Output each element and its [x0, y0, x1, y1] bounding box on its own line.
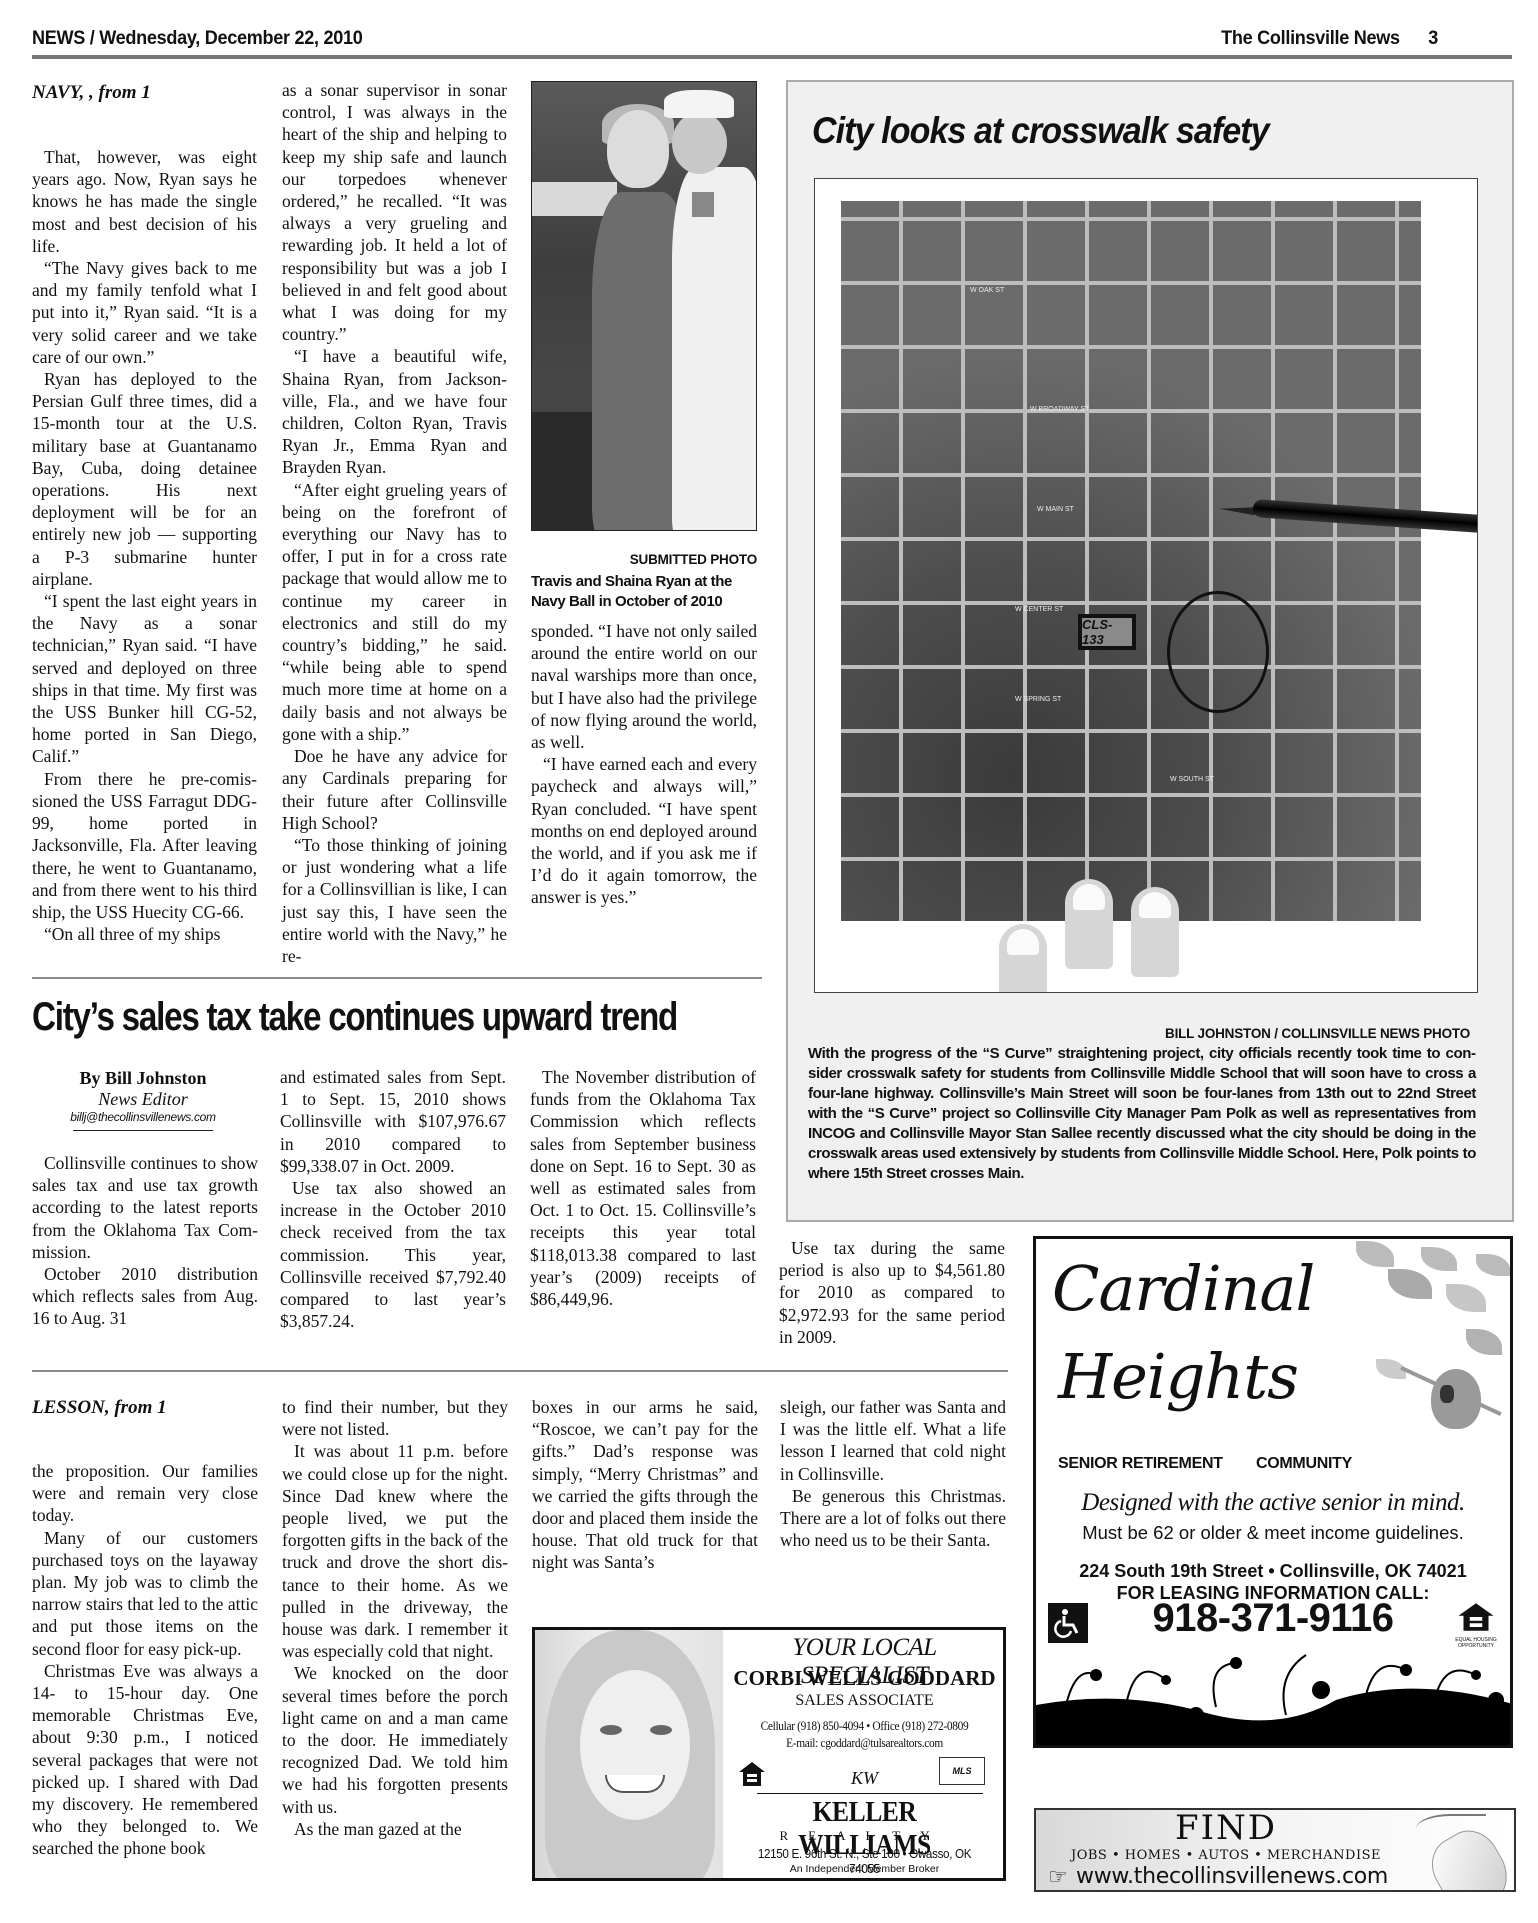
byline-email[interactable]: billj@thecollinsvillenews.com [58, 1110, 228, 1124]
cls-marker: CLS-133 [1078, 614, 1136, 650]
sales-tax-headline: City’s sales tax take continues upward t… [32, 995, 677, 1040]
crosswalk-headline: City looks at crosswalk safety [812, 110, 1269, 152]
cardinal-heights-ad[interactable]: Cardinal Heights SENIOR RETIREMENT COMMU… [1033, 1236, 1513, 1603]
lesson-column-1: the proposition. Our fami­lies were and … [32, 1460, 258, 1860]
cardinal-address: 224 South 19th Street • Collinsville, OK… [1036, 1561, 1510, 1582]
finger-icon [999, 924, 1047, 993]
paragraph: That, however, was eight years ago. Now,… [32, 146, 257, 257]
lesson-column-3: boxes in our arms he said, “Roscoe, we c… [532, 1396, 758, 1574]
paragraph: “To those thinking of join­ing or just w… [282, 834, 507, 967]
paragraph: As the man gazed at the [282, 1818, 508, 1840]
map-street-label: W CENTER ST [1015, 606, 1063, 613]
school-circle-marker [1167, 591, 1269, 713]
map-street-label: W BROADWAY ST [1030, 406, 1089, 413]
header-rule [32, 55, 1512, 59]
byline-title: News Editor [58, 1089, 228, 1110]
cardinal-title-line1: Cardinal [1052, 1259, 1314, 1319]
lesson-column-2: to find their number, but they were not … [282, 1396, 508, 1840]
sales-tax-byline: By Bill Johnston News Editor billj@theco… [58, 1068, 228, 1131]
byline-rule [73, 1130, 213, 1131]
realtor-phones: Cellular (918) 850-4094 • Office (918) 2… [746, 1718, 983, 1734]
navy-jump-label: NAVY, , from 1 [32, 82, 151, 104]
map-street-label: W SPRING ST [1015, 696, 1061, 703]
finger-icon [1065, 879, 1113, 969]
paragraph: sponded. “I have not only sailed around … [531, 620, 757, 753]
realtor-brand-sub: REALTY [730, 1828, 999, 1844]
map-street-label: W MAIN ST [1037, 506, 1074, 513]
realtor-email[interactable]: E-mail: cgoddard@tulsarealtors.com [746, 1735, 983, 1751]
crosswalk-photo-credit: BILL JOHNSTON / COLLINSVILLE NEWS PHOTO [808, 1026, 1470, 1041]
cardinal-phone[interactable]: 918-371-9116 [1036, 1600, 1510, 1641]
paragraph: “After eight grueling years of being on … [282, 479, 507, 745]
paragraph: The November distri­bution of funds from… [530, 1066, 756, 1310]
find-url-link[interactable]: www.thecollinsvillenews.com [1076, 1864, 1388, 1889]
map-street-label: W SOUTH ST [1170, 776, 1214, 783]
paragraph: boxes in our arms he said, “Roscoe, we c… [532, 1396, 758, 1574]
crosswalk-map-photo: W OAK ST W BROADWAY ST W MAIN ST W CENTE… [814, 178, 1478, 993]
navy-column-1: That, however, was eight years ago. Now,… [32, 146, 257, 945]
paragraph: “I have a beautiful wife, Shaina Ryan, f… [282, 345, 507, 478]
cardinal-tagline: Designed with the active senior in mind. [1036, 1489, 1510, 1517]
find-categories: JOBS • HOMES • AUTOS • MERCHANDISE [1036, 1848, 1416, 1863]
lesson-jump-label: LESSON, from 1 [32, 1397, 167, 1419]
kw-monogram-icon: KW [730, 1768, 999, 1789]
crosswalk-caption: With the progress of the “S Curve” strai… [808, 1044, 1476, 1184]
map-street-label: W OAK ST [970, 287, 1004, 294]
cardinal-title-line2: Heights [1058, 1347, 1298, 1407]
paragraph: as a sonar supervisor in sonar control, … [282, 79, 507, 345]
paragraph: “I spent the last eight years in the Nav… [32, 590, 257, 768]
paragraph: It was about 11 p.m. be­fore we could cl… [282, 1440, 508, 1662]
paragraph: Many of our customers purchased toys on … [32, 1527, 258, 1660]
paragraph: Christmas Eve was al­ways a 14- to 15-ho… [32, 1660, 258, 1860]
paragraph: “I have earned each and every paycheck a… [531, 753, 757, 908]
navy-photo-caption: Travis and Shaina Ryan at the Navy Ball … [531, 572, 763, 612]
find-title: FIND [1036, 1808, 1416, 1848]
realtor-portrait [535, 1630, 723, 1878]
crosswalk-feature-box: City looks at crosswalk safety W OAK ST … [786, 80, 1514, 1222]
page-folio: NEWS / Wednesday, December 22, 2010 The … [32, 22, 1438, 50]
navy-column-2: as a sonar supervisor in sonar control, … [282, 79, 507, 967]
realtor-role: SALES ASSOCIATE [730, 1692, 999, 1710]
paragraph: “The Navy gives back to me and my family… [32, 257, 257, 368]
paragraph: Be generous this Christ­mas. There are a… [780, 1485, 1006, 1552]
realtor-name: CORBI WELLS GODDARD [730, 1666, 999, 1691]
aerial-map [841, 201, 1421, 921]
cardinal-requirement: Must be 62 or older & meet income guidel… [1036, 1522, 1510, 1544]
paragraph: Ryan has deployed to the Persian Gulf th… [32, 368, 257, 590]
paragraph: October 2010 distribu­tion which reflect… [32, 1263, 258, 1330]
sales-tax-column-4: Use tax during the same period is also u… [779, 1237, 1005, 1348]
page-number: 3 [1428, 28, 1438, 50]
equal-housing-icon: EQUAL HOUSING OPPORTUNITY [1452, 1602, 1500, 1646]
paragraph: We knocked on the door several times bef… [282, 1662, 508, 1817]
paragraph: Doe he have any advice for any Cardinals… [282, 745, 507, 834]
lesson-column-4: sleigh, our father was San­ta and I was … [780, 1396, 1006, 1551]
section-date: NEWS / Wednesday, December 22, 2010 [32, 28, 362, 50]
paragraph: Use tax also showed an increase in the O… [280, 1177, 506, 1332]
pointing-hand-icon: ☞ [1048, 1864, 1068, 1890]
section-divider [32, 977, 762, 979]
cardinal-subtitle-left: SENIOR RETIREMENT [1058, 1455, 1223, 1473]
cardinal-subtitle-right: COMMUNITY [1256, 1455, 1352, 1473]
paragraph: the proposition. Our fami­lies were and … [32, 1460, 258, 1527]
brand-rule [757, 1793, 983, 1794]
find-classifieds-ad[interactable]: FIND JOBS • HOMES • AUTOS • MERCHANDISE … [1034, 1808, 1516, 1892]
finger-icon [1131, 887, 1179, 977]
paper-name: The Collinsville News [1221, 28, 1400, 50]
sales-tax-column-2: and estimated sales from Sept. 1 to Sept… [280, 1066, 506, 1332]
floral-border-decoration [1036, 1645, 1513, 1745]
paragraph: sleigh, our father was San­ta and I was … [780, 1396, 1006, 1485]
cardinal-heights-ad-lower[interactable]: 918-371-9116 EQUAL HOUSING OPPORTUNITY [1033, 1600, 1513, 1748]
navy-couple-photo [531, 81, 757, 531]
paragraph: From there he pre-comis­sioned the USS F… [32, 768, 257, 923]
paragraph: to find their number, but they were not … [282, 1396, 508, 1440]
cardinal-bird-icon [1431, 1369, 1481, 1429]
byline-name: By Bill Johnston [58, 1068, 228, 1089]
paragraph: “On all three of my ships [32, 923, 257, 945]
paragraph: and estimated sales from Sept. 1 to Sept… [280, 1066, 506, 1177]
realtor-broker-note: An Independent Member Broker [730, 1863, 999, 1875]
section-divider [32, 1370, 1008, 1372]
paragraph: Use tax during the same period is also u… [779, 1237, 1005, 1348]
navy-photo-credit: SUBMITTED PHOTO [531, 552, 757, 567]
paragraph: Collinsville continues to show sales tax… [32, 1152, 258, 1263]
sales-tax-column-3: The November distri­bution of funds from… [530, 1066, 756, 1310]
sales-tax-column-1: Collinsville continues to show sales tax… [32, 1152, 258, 1330]
navy-column-3: sponded. “I have not only sailed around … [531, 620, 757, 909]
realtor-ad[interactable]: YOUR LOCAL SPECIALIST CORBI WELLS GODDAR… [532, 1627, 1006, 1881]
